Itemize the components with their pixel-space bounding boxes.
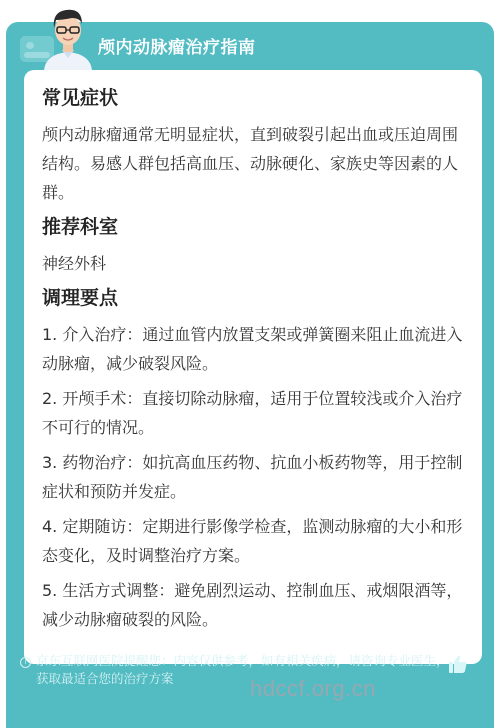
page-title: 颅内动脉瘤治疗指南 bbox=[98, 33, 256, 58]
care-item: 4. 定期随访：定期进行影像学检查，监测动脉瘤的大小和形态变化，及时调整治疗方案… bbox=[42, 512, 466, 570]
department-text: 神经外科 bbox=[42, 249, 466, 278]
content-card: 常见症状 颅内动脉瘤通常无明显症状，直到破裂引起出血或压迫周围结构。易感人群包括… bbox=[24, 70, 482, 664]
guide-panel: 颅内动脉瘤治疗指南 常见症状 颅内动脉瘤通常无明显症状，直到破裂引起出血或压迫周… bbox=[6, 22, 494, 728]
doctor-avatar bbox=[36, 2, 100, 70]
section-title-care: 调理要点 bbox=[42, 284, 466, 312]
care-item: 2. 开颅手术：直接切除动脉瘤，适用于位置较浅或介入治疗不可行的情况。 bbox=[42, 384, 466, 442]
disclaimer-text: 京东互联网医院提醒您：内容仅供参考，如有相关疾病，请咨询专业医生，获取最适合您的… bbox=[36, 653, 449, 686]
care-item: 3. 药物治疗：如抗高血压药物、抗血小板药物等，用于控制症状和预防并发症。 bbox=[42, 448, 466, 506]
info-icon: i bbox=[20, 657, 31, 668]
section-title-symptoms: 常见症状 bbox=[42, 84, 466, 112]
thumbs-up-icon[interactable] bbox=[448, 654, 468, 674]
care-item: 5. 生活方式调整：避免剧烈运动、控制血压、戒烟限酒等，减少动脉瘤破裂的风险。 bbox=[42, 576, 466, 634]
symptoms-text: 颅内动脉瘤通常无明显症状，直到破裂引起出血或压迫周围结构。易感人群包括高血压、动… bbox=[42, 120, 466, 207]
care-item: 1. 介入治疗：通过血管内放置支架或弹簧圈来阻止血流进入动脉瘤，减少破裂风险。 bbox=[42, 320, 466, 378]
disclaimer: i 京东互联网医院提醒您：内容仅供参考，如有相关疾病，请咨询专业医生，获取最适合… bbox=[18, 652, 458, 688]
section-title-department: 推荐科室 bbox=[42, 213, 466, 241]
watermark: hdccf.org.cn bbox=[250, 676, 376, 702]
panel-header: 颅内动脉瘤治疗指南 bbox=[6, 22, 494, 68]
